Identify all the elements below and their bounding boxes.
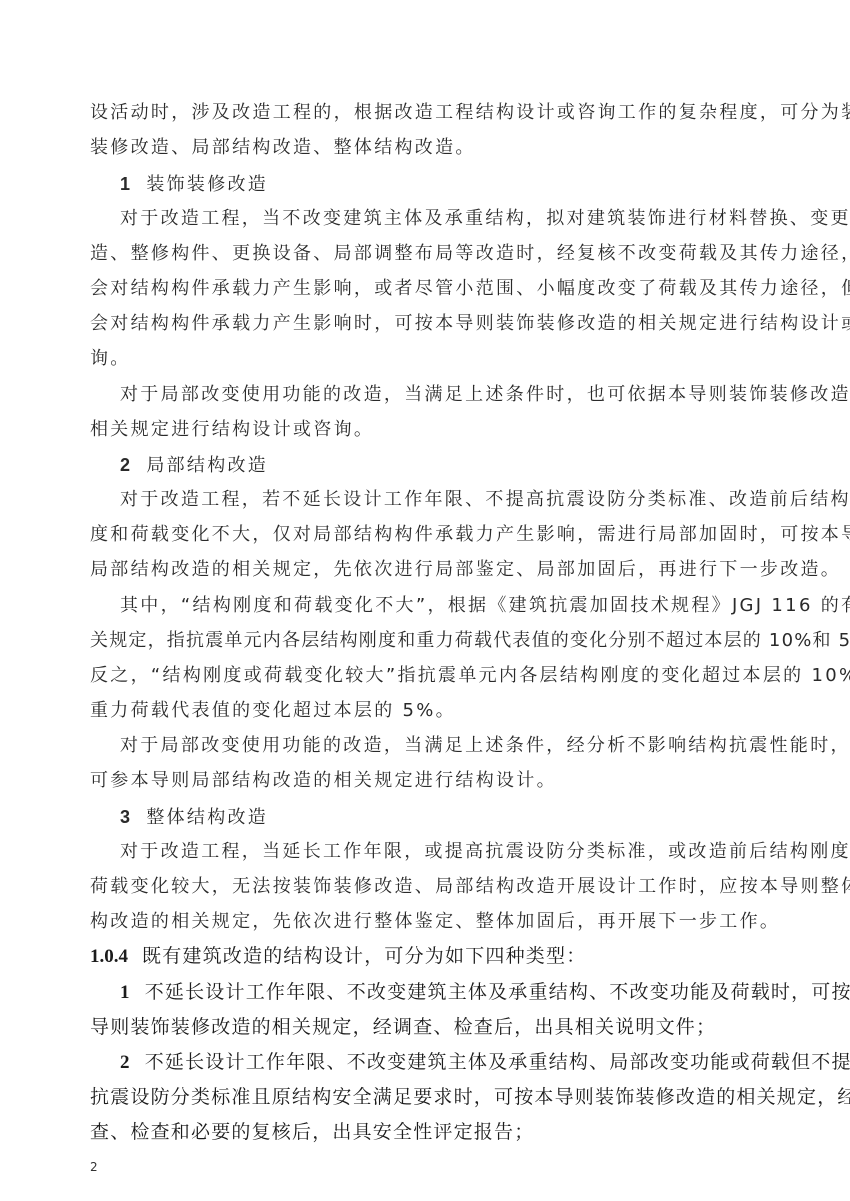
text-line: 对于改造工程，当延长工作年限，或提高抗震设防分类标准，或改造前后结构刚度或 [120,840,762,864]
text-line: 设活动时，涉及改造工程的，根据改造工程结构设计或咨询工作的复杂程度，可分为装饰 [90,101,762,125]
section-title: 局部结构改造 [146,455,268,476]
section-number: 2 [120,455,132,475]
text-line: 查、检查和必要的复核后，出具安全性评定报告； [90,1121,762,1145]
clause-text: 既有建筑改造的结构设计，可分为如下四种类型： [142,946,586,967]
text-line: 装修改造、局部结构改造、整体结构改造。 [90,136,762,160]
text-line: 询。 [90,347,762,371]
text-line: 关规定，指抗震单元内各层结构刚度和重力荷载代表值的变化分别不超过本层的 10%和… [90,629,762,653]
section-number: 1 [120,174,132,194]
clause-number: 1.0.4 [90,946,128,967]
text-line: 反之，“结构刚度或荷载变化较大”指抗震单元内各层结构刚度的变化超过本层的 10%… [90,664,762,688]
text-line: 局部结构改造的相关规定，先依次进行局部鉴定、局部加固后，再进行下一步改造。 [90,558,762,582]
item-text: 不延长设计工作年限、不改变建筑主体及承重结构、局部改变功能或荷载但不提高 [145,1052,850,1073]
page-number: 2 [90,1160,98,1174]
text-line: 造、整修构件、更换设备、局部调整布局等改造时，经复核不改变荷载及其传力途径，不 [90,242,762,266]
text-line: 构改造的相关规定，先依次进行整体鉴定、整体加固后，再开展下一步工作。 [90,910,762,934]
text-line: 荷载变化较大，无法按装饰装修改造、局部结构改造开展设计工作时，应按本导则整体结 [90,875,762,899]
text-line: 抗震设防分类标准且原结构安全满足要求时，可按本导则装饰装修改造的相关规定，经调 [90,1086,762,1110]
text-line: 对于局部改变使用功能的改造，当满足上述条件，经分析不影响结构抗震性能时，也 [120,734,762,758]
text-line: 相关规定进行结构设计或咨询。 [90,418,762,442]
text-line: 度和荷载变化不大，仅对局部结构构件承载力产生影响，需进行局部加固时，可按本导则 [90,523,762,547]
text-line: 对于改造工程，若不延长设计工作年限、不提高抗震设防分类标准、改造前后结构刚 [120,488,762,512]
text-line: 对于改造工程，当不改变建筑主体及承重结构，拟对建筑装饰进行材料替换、变更构 [120,207,762,231]
item-number: 1 [120,982,131,1003]
section-heading-1: 1装饰装修改造 [120,172,762,197]
section-heading-3: 3整体结构改造 [120,805,762,830]
text-line: 其中，“结构刚度和荷载变化不大”，根据《建筑抗震加固技术规程》JGJ 116 的… [120,594,762,618]
text-line: 导则装饰装修改造的相关规定，经调查、检查后，出具相关说明文件； [90,1016,762,1040]
section-title: 装饰装修改造 [146,174,268,195]
text-line: 对于局部改变使用功能的改造，当满足上述条件时，也可依据本导则装饰装修改造的 [120,383,762,407]
item-text: 不延长设计工作年限、不改变建筑主体及承重结构、不改变功能及荷载时，可按本 [145,982,850,1003]
section-heading-2: 2局部结构改造 [120,453,762,478]
text-line: 可参本导则局部结构改造的相关规定进行结构设计。 [90,769,762,793]
item-number: 2 [120,1052,131,1073]
clause-item-2: 2不延长设计工作年限、不改变建筑主体及承重结构、局部改变功能或荷载但不提高 [120,1051,762,1075]
section-number: 3 [120,807,132,827]
text-line: 重力荷载代表值的变化超过本层的 5%。 [90,699,762,723]
document-page: 设活动时，涉及改造工程的，根据改造工程结构设计或咨询工作的复杂程度，可分为装饰 … [0,0,850,1201]
section-title: 整体结构改造 [146,807,268,828]
clause-heading: 1.0.4既有建筑改造的结构设计，可分为如下四种类型： [90,945,762,969]
text-line: 会对结构构件承载力产生影响，或者尽管小范围、小幅度改变了荷载及其传力途径，但不 [90,277,762,301]
clause-item-1: 1不延长设计工作年限、不改变建筑主体及承重结构、不改变功能及荷载时，可按本 [120,981,762,1005]
text-line: 会对结构构件承载力产生影响时，可按本导则装饰装修改造的相关规定进行结构设计或咨 [90,312,762,336]
